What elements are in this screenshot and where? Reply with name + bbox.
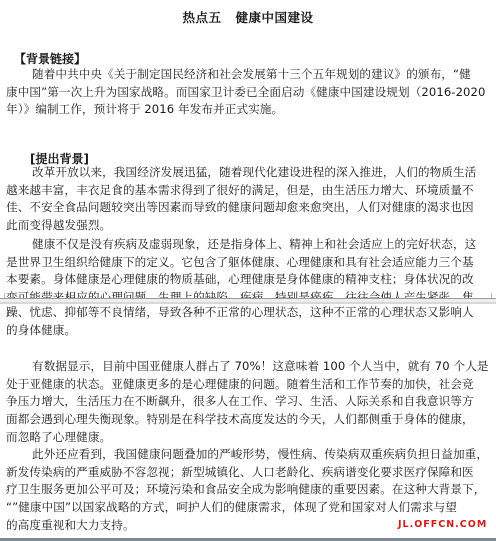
title-main: 健康中国建设 xyxy=(236,10,314,25)
text-line: 佳、不安全食品问题较突出等因素而导致的健康问题却愈来愈突出，人们对健康的渴求也因 xyxy=(6,199,490,217)
paragraph-3: 有数据显示，目前中国亚健康人群占了 70%！这意味着 100 个人当中，就有 7… xyxy=(6,358,490,447)
paragraph-2: 健康不仅是没有疾病及虚弱现象，还是指身体上、精神上和社会适应上的完好状态，这 是… xyxy=(6,236,490,307)
title-prefix: 热点五 xyxy=(182,10,221,25)
text-line: “”健康中国”以国家战略的方式，呵护人们的健康需求，体现了党和国家对人们需求与望 xyxy=(6,499,490,517)
text-line: 疗卫生服务更加公平可及；环境污染和食品安全成为影响健康的重要因素。在这种大背景下… xyxy=(6,481,490,499)
text-line: 面都会遇到心理失衡现象。特别是在科学技术高度发达的今天，人们都侧重于身体的健康， xyxy=(6,411,490,429)
text-line: 本要素。身体健康是心理健康的物质基础，心理健康是身体健康的精神支柱；身体状况的改 xyxy=(6,271,490,289)
text-line: 而忽略了心理健康。 xyxy=(6,429,490,447)
text-line: 的身体健康。 xyxy=(6,322,490,340)
paragraph-background-link: 随着中共中央《关于制定国民经济和社会发展第十三个五年规划的建议》的颁布，“健 康… xyxy=(6,66,490,119)
text-line: 新发传染病的严重威胁不容忽视；新型城镇化、人口老龄化、疾病谱变化要求医疗保障和医 xyxy=(6,464,490,482)
text-line: 越来越丰富，丰衣足食的基本需求得到了很好的满足，但是，由生活压力增大、环境质量不 xyxy=(6,182,490,200)
watermark-text: JL.OFFCN.COM xyxy=(398,519,487,530)
paragraph-2-continued: 躁、忧虑、抑郁等不良情绪，导致各种不正常的心理状态，这种不正常的心理状态又影响人… xyxy=(6,304,490,339)
text-line: 是世界卫生组织给健康下的定义。它包含了躯体健康、心理健康和具有社会适应能力三个基 xyxy=(6,254,490,272)
text-line: 有数据显示，目前中国亚健康人群占了 70%！这意味着 100 个人当中，就有 7… xyxy=(6,358,490,376)
text-line: 争压力增大，生活压力在不断飙升，很多人在工作、学习、生活、人际关系和自我意识等方 xyxy=(6,393,490,411)
document-title: 热点五健康中国建设 xyxy=(0,8,496,26)
paragraph-1: 改革开放以来，我国经济发展迅猛，随着现代化建设进程的深入推进，人们的物质生活 越… xyxy=(6,164,490,235)
text-line: 康中国”第一次上升为国家战略。而国家卫计委已全面启动《健康中国建设规划（2016… xyxy=(6,84,490,102)
text-line: 此外还应看到，我国健康问题叠加的严峻形势，慢性病、传染病双重疾病负担日益加重， xyxy=(6,446,490,464)
text-line: 健康不仅是没有疾病及虚弱现象，还是指身体上、精神上和社会适应上的完好状态，这 xyxy=(6,236,490,254)
section-heading-background-link: 【背景链接】 xyxy=(14,50,86,67)
text-line: 此而变得越发强烈。 xyxy=(6,217,490,235)
text-line: 随着中共中央《关于制定国民经济和社会发展第十三个五年规划的建议》的颁布，“健 xyxy=(6,66,490,84)
text-line: 处于亚健康的状态。亚健康更多的是心理健康的问题。随着生活和工作节奏的加快，社会竞 xyxy=(6,376,490,394)
text-line: 躁、忧虑、抑郁等不良情绪，导致各种不正常的心理状态，这种不正常的心理状态又影响人 xyxy=(6,304,490,322)
text-line: 年）》编制工作，预计将于 2016 年发布并正式实施。 xyxy=(6,101,490,119)
text-line: 改革开放以来，我国经济发展迅猛，随着现代化建设进程的深入推进，人们的物质生活 xyxy=(6,164,490,182)
